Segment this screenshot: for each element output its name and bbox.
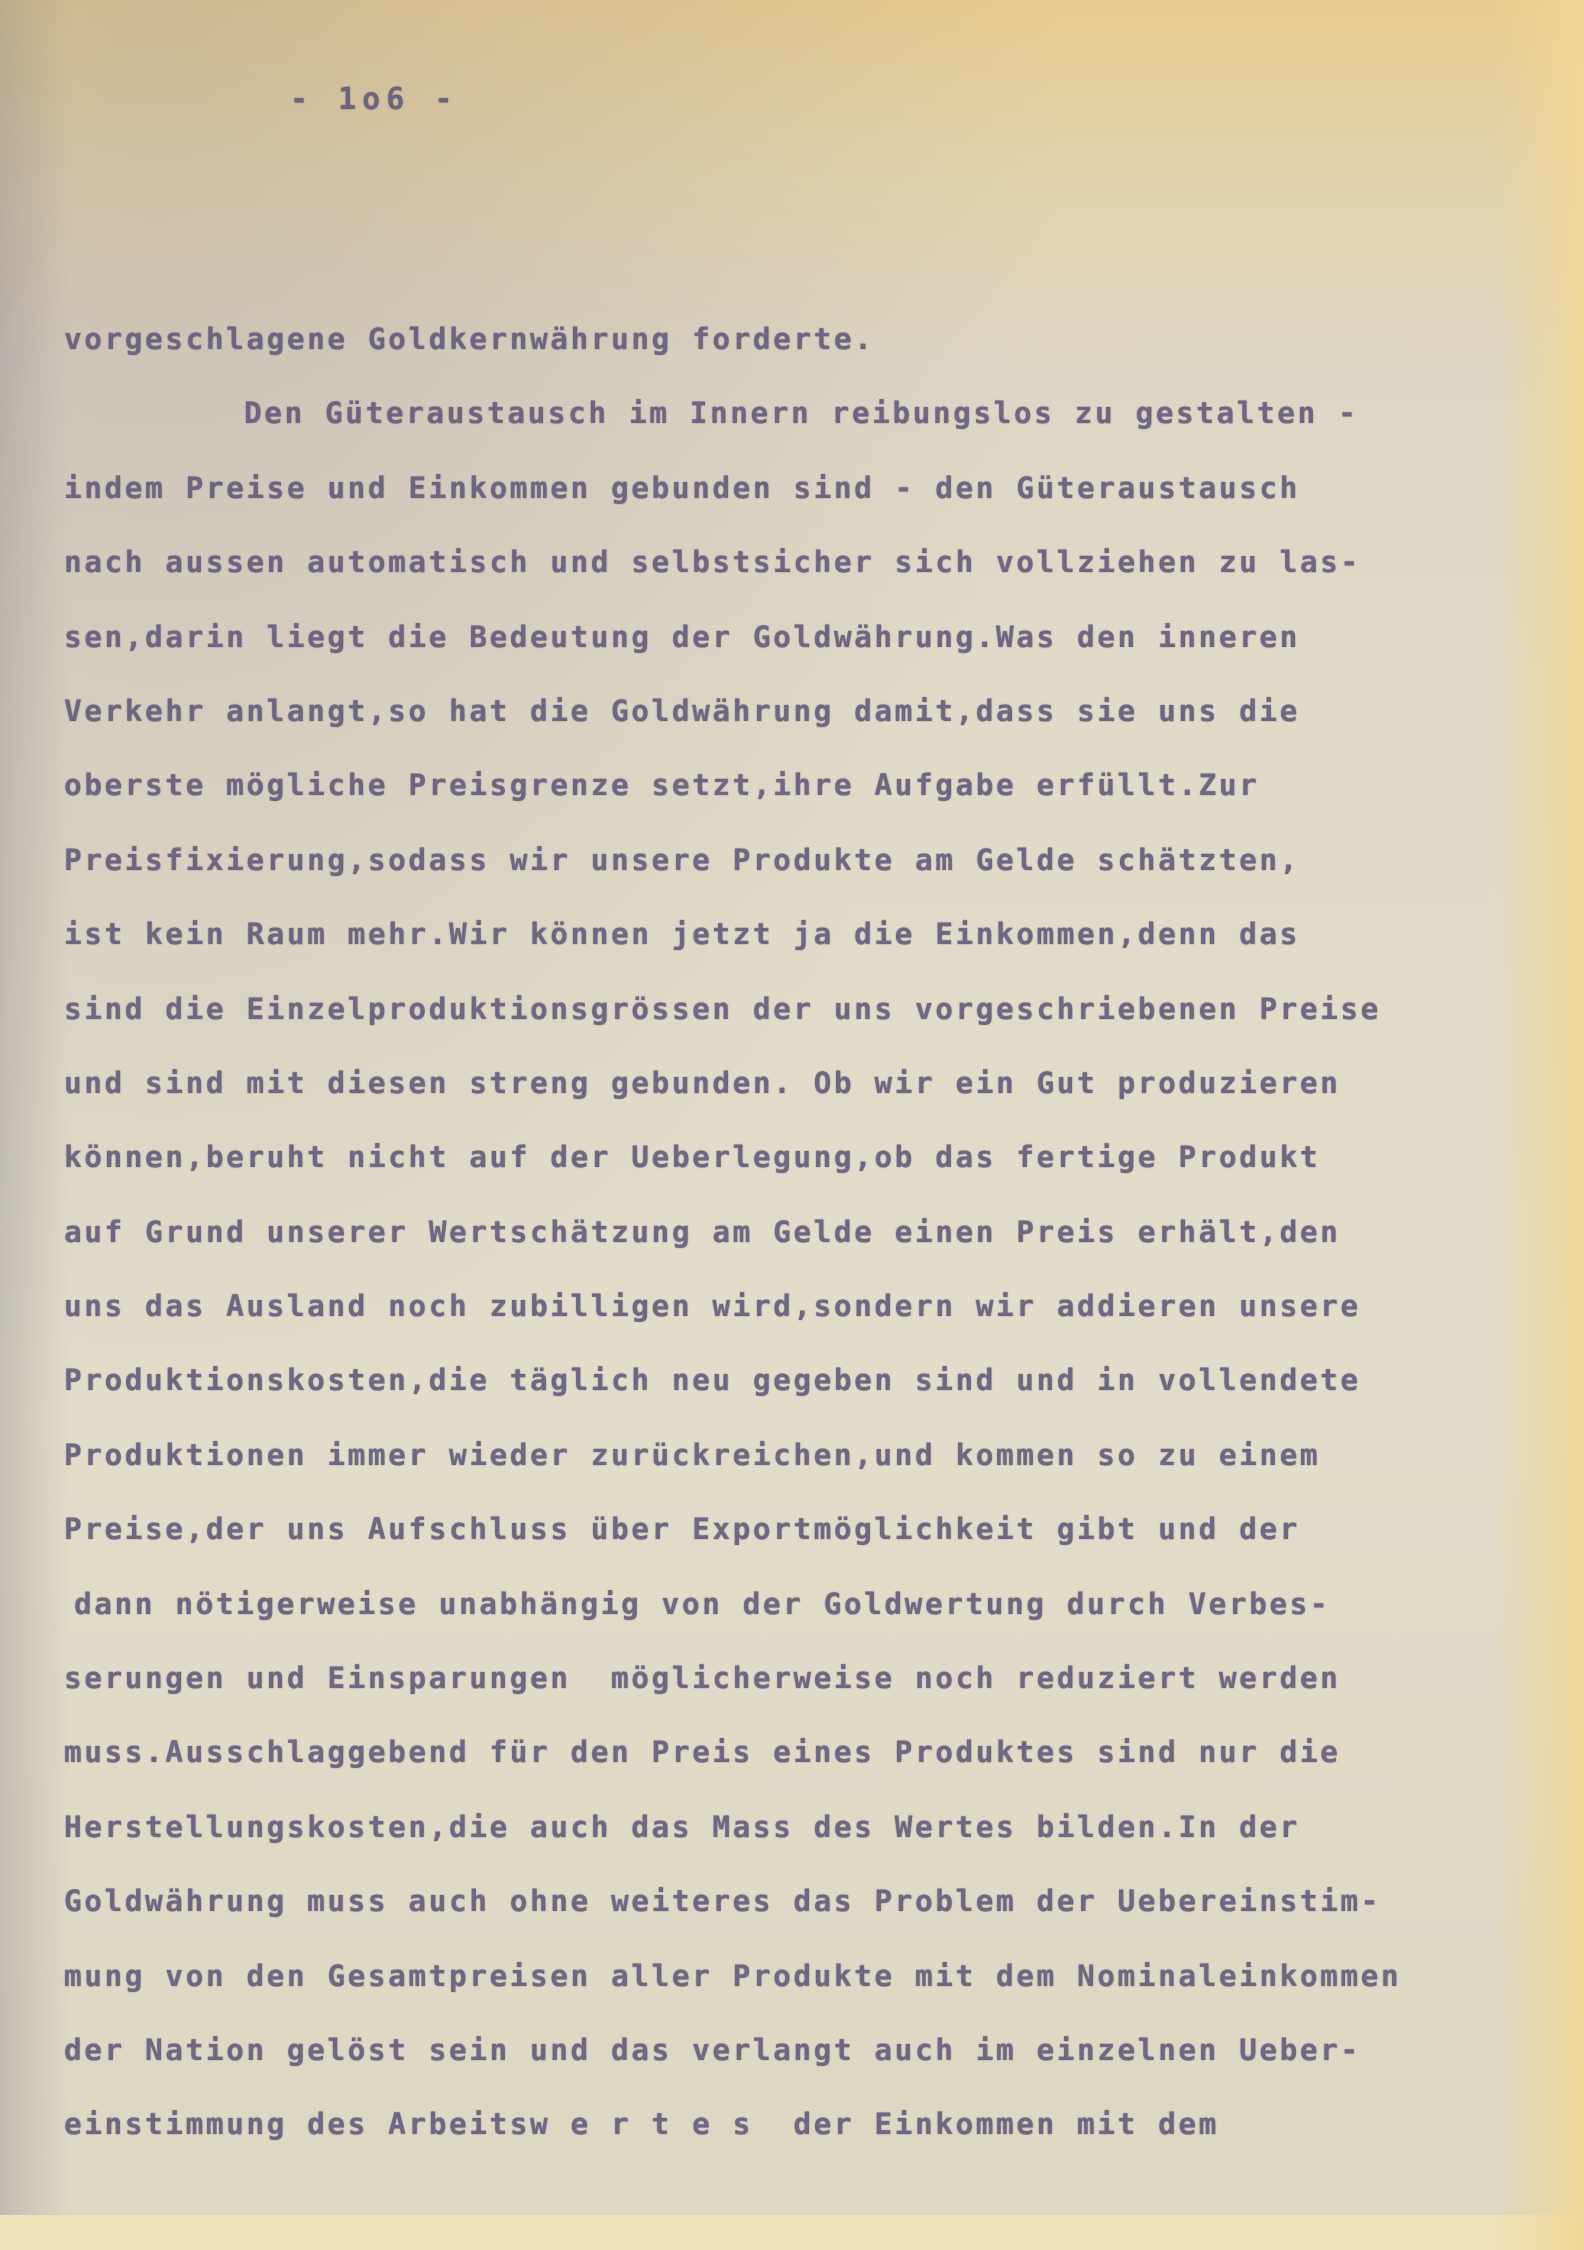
text-line: Herstellungskosten,die auch das Mass des…: [64, 1790, 1401, 1864]
text-line: Goldwährung muss auch ohne weiteres das …: [64, 1864, 1401, 1938]
typewritten-page: - 1o6 - vorgeschlagene Goldkernwährung f…: [0, 0, 1584, 2250]
text-line: oberste mögliche Preisgrenze setzt,ihre …: [64, 748, 1401, 822]
text-line: und sind mit diesen streng gebunden. Ob …: [64, 1046, 1401, 1120]
text-line: Verkehr anlangt,so hat die Goldwährung d…: [64, 674, 1401, 748]
text-line: Produktionen immer wieder zurückreichen,…: [64, 1418, 1401, 1492]
text-line: können,beruht nicht auf der Ueberlegung,…: [64, 1120, 1401, 1194]
text-line: mung von den Gesamtpreisen aller Produkt…: [64, 1939, 1401, 2013]
text-line: sen,darin liegt die Bedeutung der Goldwä…: [64, 600, 1401, 674]
text-line: sind die Einzelproduktionsgrössen der un…: [64, 972, 1401, 1046]
text-line: vorgeschlagene Goldkernwährung forderte.: [64, 302, 1401, 376]
text-line: einstimmung des Arbeitsw e r t e s der E…: [64, 2087, 1401, 2161]
page-number: - 1o6 -: [290, 82, 458, 117]
text-line: auf Grund unserer Wertschätzung am Gelde…: [64, 1195, 1401, 1269]
text-line: Preisfixierung,sodass wir unsere Produkt…: [64, 823, 1401, 897]
text-line: Preise,der uns Aufschluss über Exportmög…: [64, 1492, 1401, 1566]
text-line: Produktionskosten,die täglich neu gegebe…: [64, 1343, 1401, 1417]
text-line: dann nötigerweise unabhängig von der Gol…: [64, 1567, 1401, 1641]
page-bottom-edge: [0, 2215, 1584, 2250]
text-line: uns das Ausland noch zubilligen wird,son…: [64, 1269, 1401, 1343]
text-line: nach aussen automatisch und selbstsicher…: [64, 525, 1401, 599]
text-line: indem Preise und Einkommen gebunden sind…: [64, 451, 1401, 525]
text-line: muss.Ausschlaggebend für den Preis eines…: [64, 1715, 1401, 1789]
text-line: der Nation gelöst sein und das verlangt …: [64, 2013, 1401, 2087]
text-line: ist kein Raum mehr.Wir können jetzt ja d…: [64, 897, 1401, 971]
body-text: vorgeschlagene Goldkernwährung forderte.…: [64, 302, 1401, 2162]
text-line: Den Güteraustausch im Innern reibungslos…: [64, 376, 1401, 450]
text-line: serungen und Einsparungen möglicherweise…: [64, 1641, 1401, 1715]
